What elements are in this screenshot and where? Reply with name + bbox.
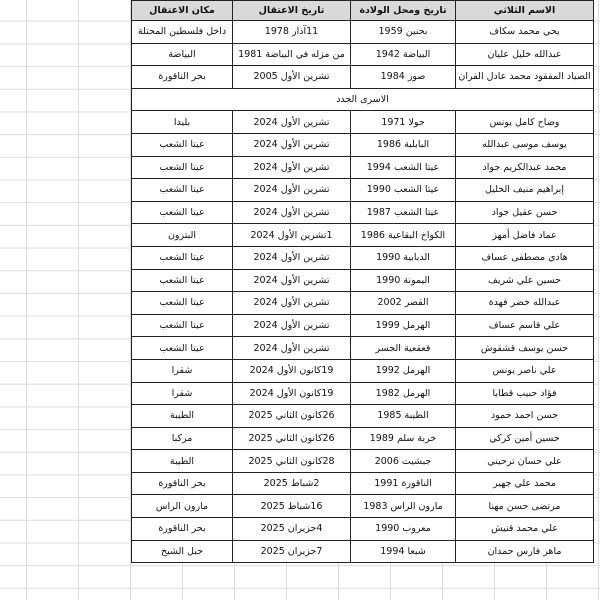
cell-arrest-date[interactable]: تشرين الأول 2024 [233, 133, 351, 156]
cell-birth[interactable]: عيتا الشعب 1990 [351, 179, 456, 202]
cell-arrest-date[interactable]: 28كانون الثاني 2025 [233, 450, 351, 473]
cell-birth[interactable]: حولا 1971 [351, 111, 456, 134]
cell-arrest-date[interactable]: 1تشرين الأول 2024 [233, 224, 351, 247]
cell-birth[interactable]: البياضة 1942 [351, 43, 456, 66]
cell-birth[interactable]: بحنين 1959 [351, 21, 456, 44]
table-row: حسين أمين كركيخربة سلم 198926كانون الثان… [132, 427, 594, 450]
cell-birth[interactable]: الدبابية 1990 [351, 246, 456, 269]
cell-name[interactable]: هادي مصطفى عساف [456, 246, 594, 269]
cell-arrest-place[interactable]: عيتا الشعب [132, 337, 233, 360]
cell-name[interactable]: حسين أمين كركي [456, 427, 594, 450]
cell-name[interactable]: عماد فاضل أمهز [456, 224, 594, 247]
cell-arrest-date[interactable]: تشرين الأول 2024 [233, 156, 351, 179]
cell-birth[interactable]: قعقعية الجسر [351, 337, 456, 360]
table-row: حسن يوسف قشقوشقعقعية الجسرتشرين الأول 20… [132, 337, 594, 360]
cell-arrest-date[interactable]: 19كانون الأول 2024 [233, 382, 351, 405]
cell-arrest-place[interactable]: الطيبة [132, 450, 233, 473]
cell-arrest-place[interactable]: عيتا الشعب [132, 269, 233, 292]
table-row: علي قاسم عسافالهرمل 1999تشرين الأول 2024… [132, 314, 594, 337]
cell-arrest-place[interactable]: عيتا الشعب [132, 179, 233, 202]
cell-arrest-place[interactable]: بحر الناقورة [132, 472, 233, 495]
table-row: علي محمد قنيشمعروب 19904حزيران 2025بحر ا… [132, 518, 594, 541]
table-row: حسين علي شريفاليمونة 1990تشرين الأول 202… [132, 269, 594, 292]
cell-arrest-date[interactable]: تشرين الأول 2024 [233, 269, 351, 292]
cell-arrest-date[interactable]: 26كانون الثاني 2025 [233, 405, 351, 428]
cell-birth[interactable]: الهرمل 1992 [351, 359, 456, 382]
cell-arrest-date[interactable]: 26كانون الثاني 2025 [233, 427, 351, 450]
cell-arrest-place[interactable]: عيتا الشعب [132, 314, 233, 337]
cell-birth[interactable]: الناقورة 1991 [351, 472, 456, 495]
cell-birth[interactable]: شبعا 1994 [351, 540, 456, 563]
cell-arrest-date[interactable]: تشرين الأول 2005 [233, 66, 351, 89]
cell-birth[interactable]: عيتا الشعب 1987 [351, 201, 456, 224]
cell-name[interactable]: محمد عبدالكريم جواد [456, 156, 594, 179]
cell-name[interactable]: حسن يوسف قشقوش [456, 337, 594, 360]
table-row: محمد عبدالكريم جوادعيتا الشعب 1994تشرين … [132, 156, 594, 179]
cell-birth[interactable]: معروب 1990 [351, 518, 456, 541]
table-row: محمد علي جهيرالناقورة 19912شباط 2025بحر … [132, 472, 594, 495]
cell-name[interactable]: إبراهيم منيف الخليل [456, 179, 594, 202]
cell-arrest-place[interactable]: داخل فلسطين المحتلة [132, 21, 233, 44]
cell-arrest-place[interactable]: بحر الناقورة [132, 518, 233, 541]
header-row: الاسم الثلاثي تاريخ ومحل الولادة تاريخ ا… [132, 1, 594, 21]
cell-arrest-date[interactable]: 4حزيران 2025 [233, 518, 351, 541]
cell-arrest-place[interactable]: بليدا [132, 111, 233, 134]
cell-arrest-date[interactable]: 19كانون الأول 2024 [233, 359, 351, 382]
table-row: ماهر فارس حمدانشبعا 19947حزيران 2025جبل … [132, 540, 594, 563]
cell-birth[interactable]: الهرمل 1982 [351, 382, 456, 405]
section-title[interactable]: الاسرى الجدد [132, 88, 594, 111]
table-row: حسن احمد حمودالطيبة 198526كانون الثاني 2… [132, 405, 594, 428]
cell-arrest-place[interactable]: جبل الشيخ [132, 540, 233, 563]
header-arrest-date[interactable]: تاريخ الاعتقال [233, 1, 351, 21]
cell-arrest-place[interactable]: عيتا الشعب [132, 133, 233, 156]
cell-birth[interactable]: صور 1984 [351, 66, 456, 89]
cell-birth[interactable]: الطيبة 1985 [351, 405, 456, 428]
cell-birth[interactable]: الهرمل 1999 [351, 314, 456, 337]
cell-birth[interactable]: عيتا الشعب 1994 [351, 156, 456, 179]
cell-arrest-date[interactable]: 16شباط 2025 [233, 495, 351, 518]
table-row: علي ناصر يونسالهرمل 199219كانون الأول 20… [132, 359, 594, 382]
cell-birth[interactable]: القصر 2002 [351, 292, 456, 315]
cell-name[interactable]: علي محمد قنيش [456, 518, 594, 541]
cell-arrest-date[interactable]: تشرين الأول 2024 [233, 292, 351, 315]
table-row: عبدالله خضر فهدةالقصر 2002تشرين الأول 20… [132, 292, 594, 315]
table-row: يحي محمد سكافبحنين 195911آذار 1978داخل ف… [132, 21, 594, 44]
cell-name[interactable]: حسن عقيل جواد [456, 201, 594, 224]
cell-arrest-place[interactable]: مارون الراس [132, 495, 233, 518]
cell-name[interactable]: محمد علي جهير [456, 472, 594, 495]
cell-name[interactable]: علي ناصر يونس [456, 359, 594, 382]
cell-arrest-date[interactable]: 2شباط 2025 [233, 472, 351, 495]
cell-name[interactable]: علي حسان ترحيني [456, 450, 594, 473]
cell-arrest-date[interactable]: تشرين الأول 2024 [233, 337, 351, 360]
cell-arrest-date[interactable]: تشرين الأول 2024 [233, 111, 351, 134]
cell-arrest-place[interactable]: البياضة [132, 43, 233, 66]
cell-arrest-date[interactable]: تشرين الأول 2024 [233, 314, 351, 337]
cell-arrest-place[interactable]: الطيبة [132, 405, 233, 428]
cell-name[interactable]: فؤاد حبيب قطايا [456, 382, 594, 405]
cell-arrest-place[interactable]: شقرا [132, 359, 233, 382]
cell-birth[interactable]: الكواخ البقاعية 1986 [351, 224, 456, 247]
table-row: وضاح كامل يونسحولا 1971تشرين الأول 2024ب… [132, 111, 594, 134]
cell-name[interactable]: مرتضى حسن مهنا [456, 495, 594, 518]
detainees-table: الاسم الثلاثي تاريخ ومحل الولادة تاريخ ا… [131, 0, 594, 563]
cell-name[interactable]: علي قاسم عساف [456, 314, 594, 337]
cell-name[interactable]: يوسف موسى عبدالله [456, 133, 594, 156]
cell-arrest-place[interactable]: مركبا [132, 427, 233, 450]
cell-name[interactable]: حسين علي شريف [456, 269, 594, 292]
header-name[interactable]: الاسم الثلاثي [456, 1, 594, 21]
cell-arrest-place[interactable]: عيتا الشعب [132, 292, 233, 315]
cell-arrest-place[interactable]: عيتا الشعب [132, 246, 233, 269]
cell-name[interactable]: الصياد المفقود محمد عادل الفران [456, 66, 594, 89]
header-arrest-place[interactable]: مكان الاعتقال [132, 1, 233, 21]
cell-name[interactable]: حسن احمد حمود [456, 405, 594, 428]
cell-birth[interactable]: البابلية 1986 [351, 133, 456, 156]
table-row: إبراهيم منيف الخليلعيتا الشعب 1990تشرين … [132, 179, 594, 202]
cell-arrest-place[interactable]: البترون [132, 224, 233, 247]
table-row: حسن عقيل جوادعيتا الشعب 1987تشرين الأول … [132, 201, 594, 224]
table-row: يوسف موسى عبداللهالبابلية 1986تشرين الأو… [132, 133, 594, 156]
section-row: الاسرى الجدد [132, 88, 594, 111]
table-row: مرتضى حسن مهنامارون الراس 198316شباط 202… [132, 495, 594, 518]
table-row: علي حسان ترحينيجبشيت 200628كانون الثاني … [132, 450, 594, 473]
cell-birth[interactable]: اليمونة 1990 [351, 269, 456, 292]
table-row: عبدالله خليل عليانالبياضة 1942من مزله في… [132, 43, 594, 66]
cell-name[interactable]: وضاح كامل يونس [456, 111, 594, 134]
table-row: فؤاد حبيب قطاياالهرمل 198219كانون الأول … [132, 382, 594, 405]
table-row: هادي مصطفى عسافالدبابية 1990تشرين الأول … [132, 246, 594, 269]
cell-birth[interactable]: جبشيت 2006 [351, 450, 456, 473]
cell-name[interactable]: عبدالله خضر فهدة [456, 292, 594, 315]
cell-arrest-place[interactable]: عيتا الشعب [132, 156, 233, 179]
cell-name[interactable]: عبدالله خليل عليان [456, 43, 594, 66]
cell-arrest-date[interactable]: تشرين الأول 2024 [233, 179, 351, 202]
cell-birth[interactable]: خربة سلم 1989 [351, 427, 456, 450]
cell-arrest-place[interactable]: شقرا [132, 382, 233, 405]
header-birth[interactable]: تاريخ ومحل الولادة [351, 1, 456, 21]
cell-arrest-date[interactable]: 11آذار 1978 [233, 21, 351, 44]
cell-arrest-place[interactable]: بحر الناقورة [132, 66, 233, 89]
cell-name[interactable]: ماهر فارس حمدان [456, 540, 594, 563]
table-row: الصياد المفقود محمد عادل الفرانصور 1984ت… [132, 66, 594, 89]
table-row: عماد فاضل أمهزالكواخ البقاعية 19861تشرين… [132, 224, 594, 247]
cell-arrest-date[interactable]: من مزله في البياضة 1981 [233, 43, 351, 66]
cell-arrest-date[interactable]: تشرين الأول 2024 [233, 246, 351, 269]
cell-arrest-date[interactable]: تشرين الأول 2024 [233, 201, 351, 224]
cell-birth[interactable]: مارون الراس 1983 [351, 495, 456, 518]
cell-name[interactable]: يحي محمد سكاف [456, 21, 594, 44]
cell-arrest-date[interactable]: 7حزيران 2025 [233, 540, 351, 563]
cell-arrest-place[interactable]: عيتا الشعب [132, 201, 233, 224]
